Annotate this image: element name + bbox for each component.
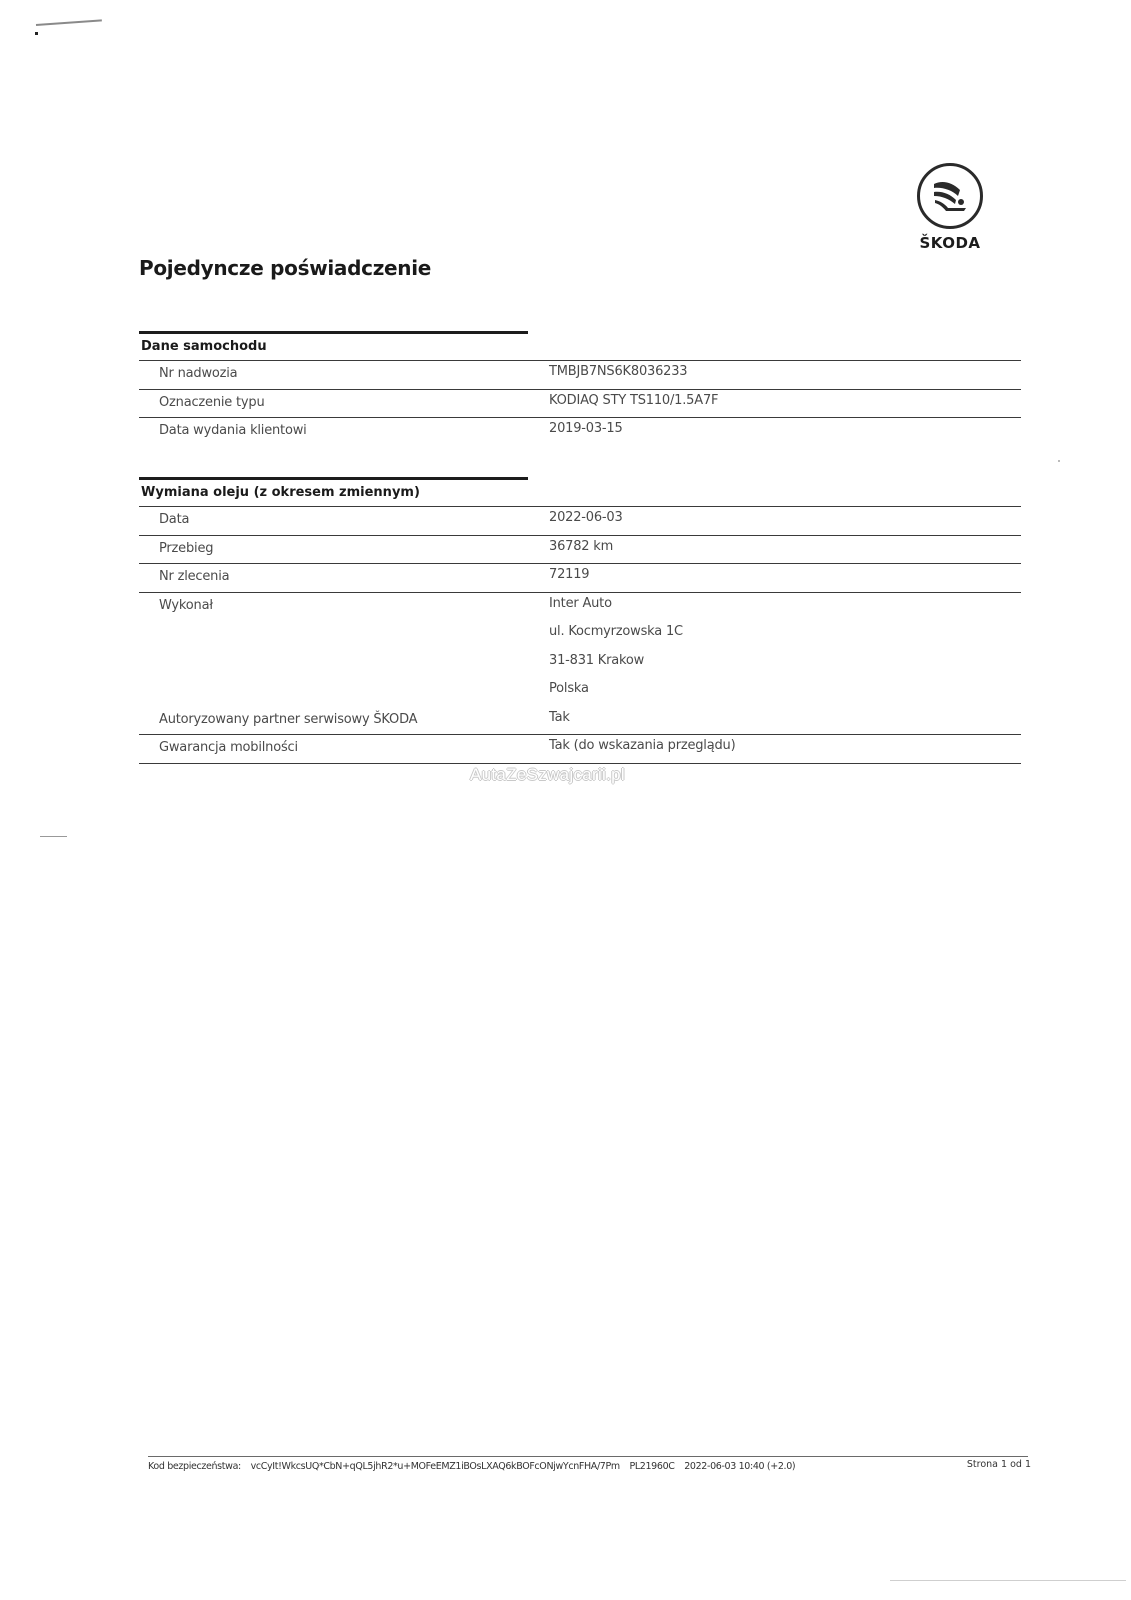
row-label: Autoryzowany partner serwisowy ŠKODA bbox=[159, 712, 417, 727]
row-label: Gwarancja mobilności bbox=[159, 740, 298, 755]
scan-artifact-right bbox=[1058, 460, 1060, 462]
scan-artifact-dot bbox=[35, 32, 38, 35]
scan-artifact-bottom-right bbox=[890, 1580, 1126, 1581]
row-value: Polska bbox=[549, 681, 589, 696]
brand-logo: ŠKODA bbox=[912, 163, 988, 252]
table-row: Polska bbox=[139, 677, 1021, 706]
row-label: Data bbox=[159, 512, 189, 527]
security-code-label: Kod bezpieczeństwa: bbox=[148, 1461, 241, 1472]
row-value: 36782 km bbox=[549, 539, 613, 554]
table-row: Autoryzowany partner serwisowy ŠKODA Tak bbox=[139, 706, 1021, 735]
table-row: Wykonał Inter Auto bbox=[139, 592, 1021, 621]
skoda-winged-arrow-icon bbox=[917, 163, 983, 229]
page-title: Pojedyncze poświadczenie bbox=[139, 256, 431, 280]
table-row: Nr nadwozia TMBJB7NS6K8036233 bbox=[139, 360, 1021, 389]
section-oil-change: Wymiana oleju (z okresem zmiennym) Data … bbox=[139, 477, 1021, 764]
scan-artifact-left bbox=[40, 836, 67, 837]
row-value: 72119 bbox=[549, 567, 589, 582]
table-row: ul. Kocmyrzowska 1C bbox=[139, 620, 1021, 649]
footer-security-info: Kod bezpieczeństwa: vcCyIt!WkcsUQ*CbN+qQ… bbox=[148, 1461, 795, 1472]
row-value: 31-831 Krakow bbox=[549, 653, 644, 668]
row-label: Wykonał bbox=[159, 598, 213, 613]
table-bottom-border bbox=[139, 763, 1021, 764]
section-car-data: Dane samochodu Nr nadwozia TMBJB7NS6K803… bbox=[139, 331, 1021, 446]
row-label: Oznaczenie typu bbox=[159, 395, 265, 410]
table-row: Oznaczenie typu KODIAQ STY TS110/1.5A7F bbox=[139, 389, 1021, 418]
scan-artifact-top-left bbox=[36, 19, 102, 26]
row-value: Inter Auto bbox=[549, 596, 612, 611]
footer-timestamp: 2022-06-03 10:40 (+2.0) bbox=[684, 1461, 795, 1472]
table-row: Przebieg 36782 km bbox=[139, 535, 1021, 564]
table-row: Data 2022-06-03 bbox=[139, 506, 1021, 535]
dealer-code: PL21960C bbox=[629, 1461, 674, 1472]
section-title: Wymiana oleju (z okresem zmiennym) bbox=[139, 480, 1021, 506]
watermark: AutaZeSzwajcarii.pl bbox=[470, 765, 625, 785]
security-code: vcCyIt!WkcsUQ*CbN+qQL5jhR2*u+MOFeEMZ1iBO… bbox=[251, 1461, 620, 1472]
table-row: Gwarancja mobilności Tak (do wskazania p… bbox=[139, 734, 1021, 763]
row-label: Data wydania klientowi bbox=[159, 423, 307, 438]
table-row: Nr zlecenia 72119 bbox=[139, 563, 1021, 592]
row-value: ul. Kocmyrzowska 1C bbox=[549, 624, 683, 639]
row-label: Nr zlecenia bbox=[159, 569, 229, 584]
row-value: 2019-03-15 bbox=[549, 421, 623, 436]
row-value: TMBJB7NS6K8036233 bbox=[549, 364, 687, 379]
page-number: Strona 1 od 1 bbox=[967, 1459, 1031, 1470]
row-value: Tak (do wskazania przeglądu) bbox=[549, 738, 735, 753]
row-value: KODIAQ STY TS110/1.5A7F bbox=[549, 393, 718, 408]
row-label: Przebieg bbox=[159, 541, 213, 556]
footer-divider bbox=[148, 1456, 1028, 1457]
brand-name: ŠKODA bbox=[912, 234, 988, 252]
row-value: Tak bbox=[549, 710, 570, 725]
section-title: Dane samochodu bbox=[139, 334, 1021, 360]
row-label: Nr nadwozia bbox=[159, 366, 237, 381]
row-value: 2022-06-03 bbox=[549, 510, 623, 525]
table-row: Data wydania klientowi 2019-03-15 bbox=[139, 417, 1021, 446]
table-row: 31-831 Krakow bbox=[139, 649, 1021, 678]
